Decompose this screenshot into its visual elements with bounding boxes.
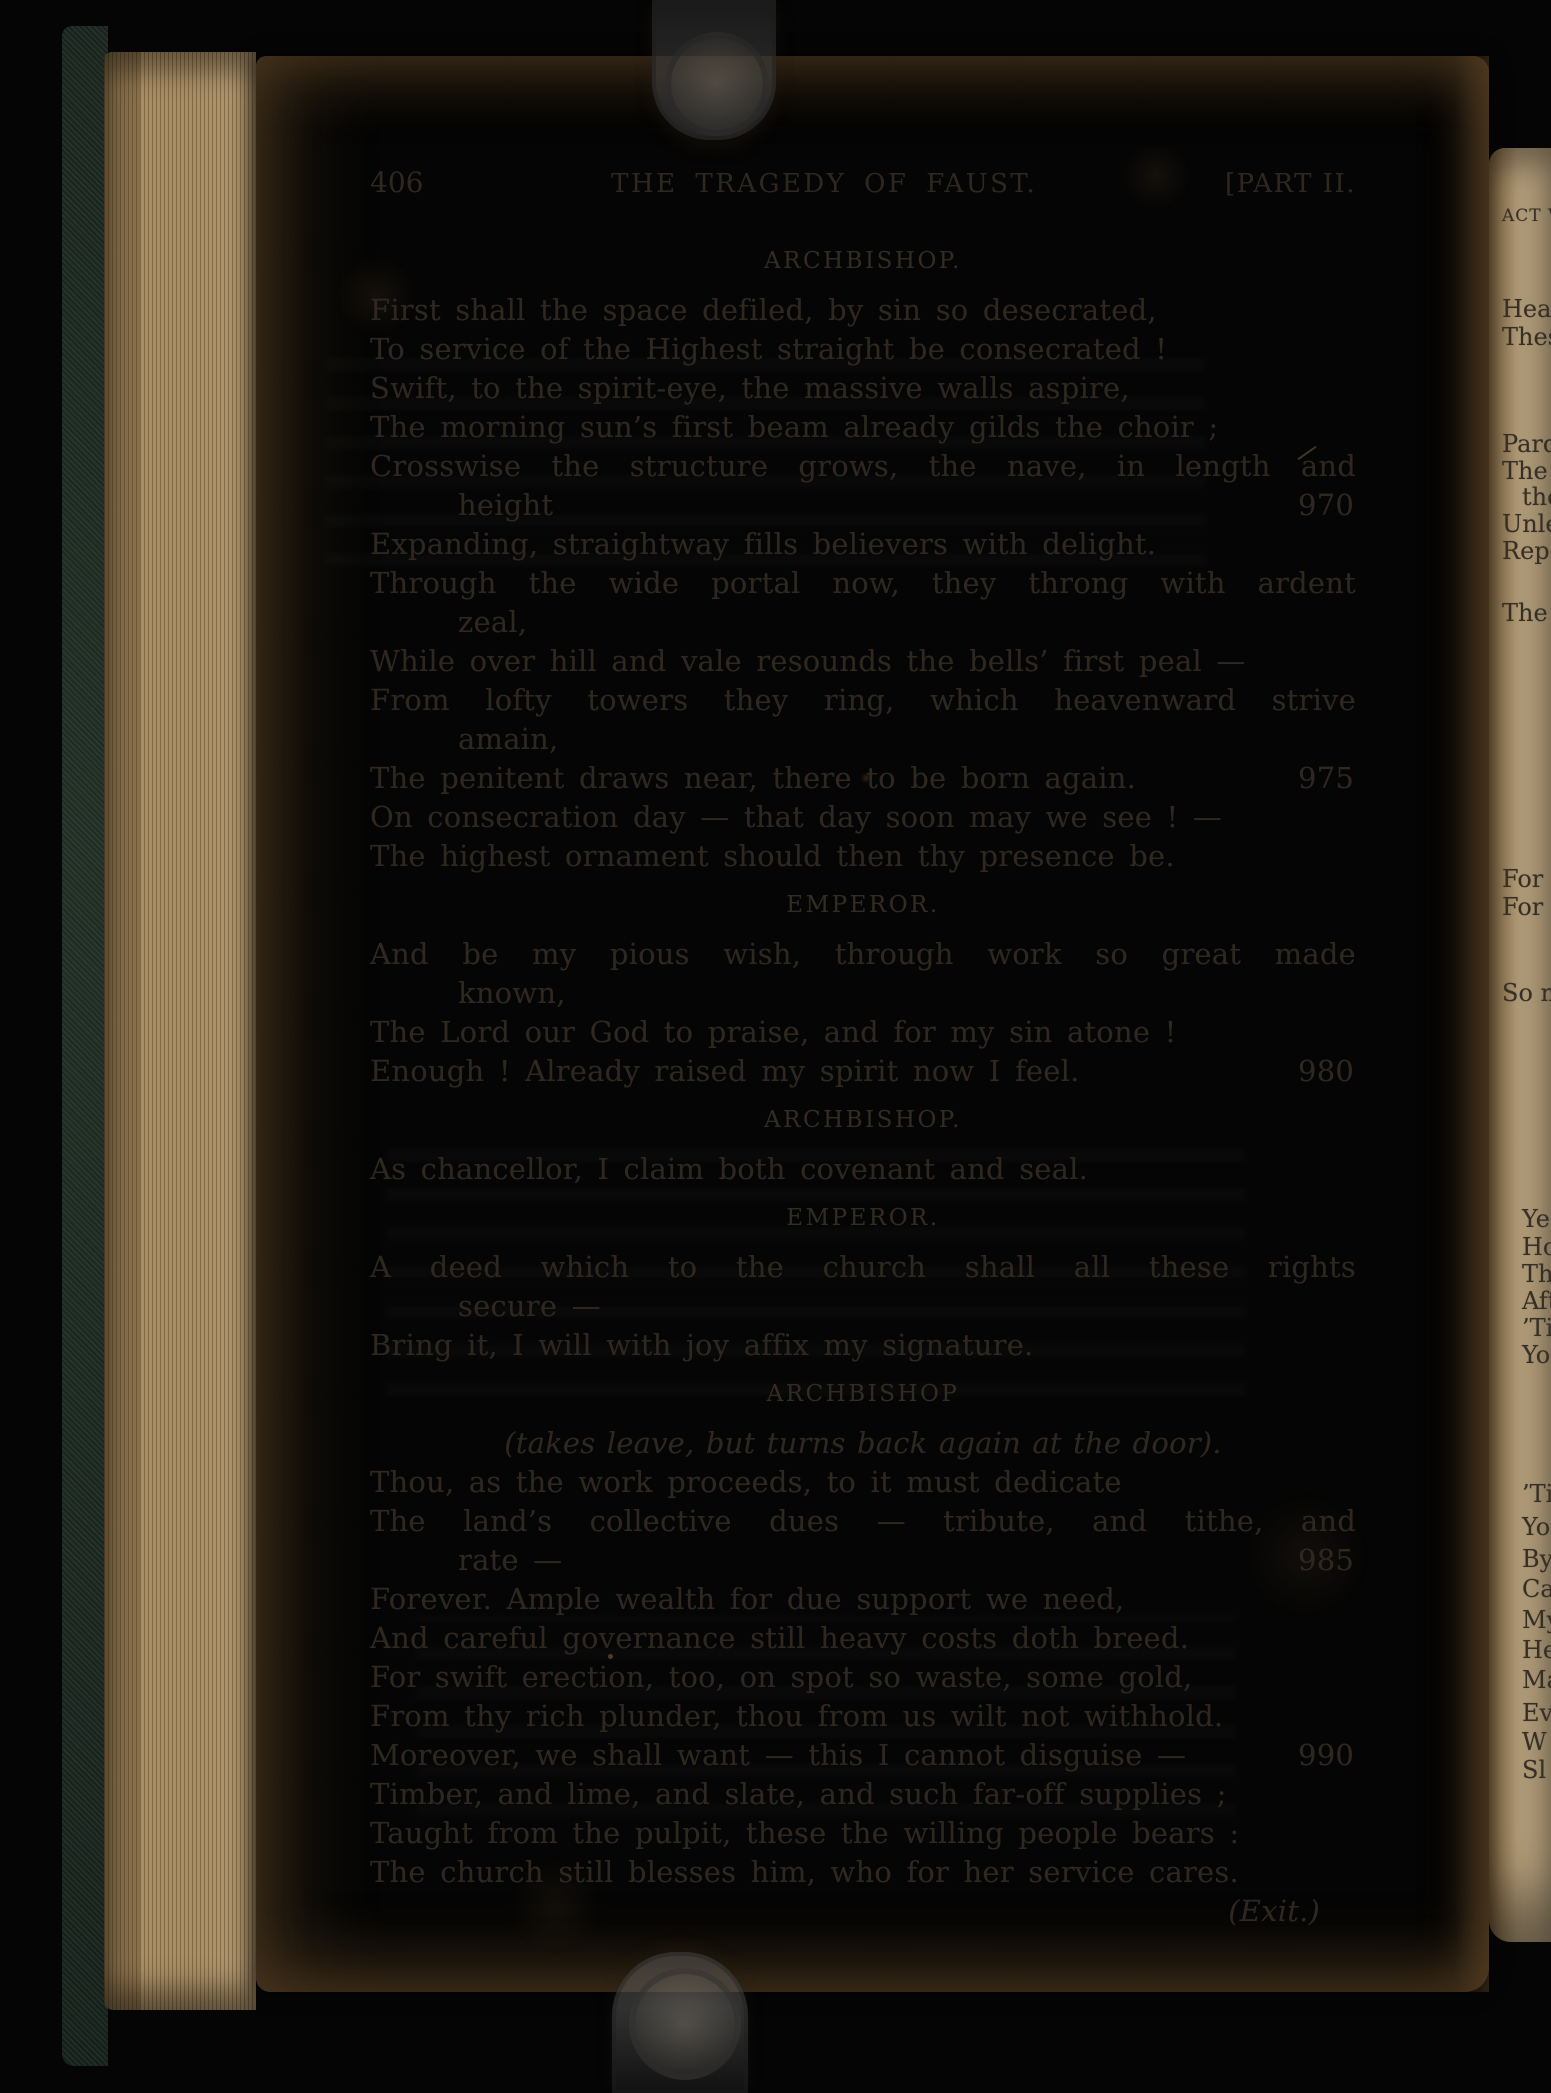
poem-line-text: For swift erection, too, on spot so wast…: [370, 1660, 1192, 1694]
book-scan-photo: { "palette": { "background": "#050505", …: [0, 0, 1551, 2093]
next-page-text-fragment: These c: [1502, 324, 1551, 350]
poem-line-text: Crosswise the structure grows, the nave,…: [370, 449, 1356, 483]
fragment-text: Yes: [1522, 1205, 1551, 1233]
fragment-text: Aft: [1522, 1287, 1551, 1315]
poem-line-text: Bring it, I will with joy affix my signa…: [370, 1328, 1033, 1362]
poem-line: For swift erection, too, on spot so wast…: [370, 1658, 1356, 1697]
poem-line-text: Swift, to the spirit-eye, the massive wa…: [370, 371, 1130, 405]
poem-line-text: ARCHBISHOP: [767, 1381, 960, 1407]
verse-line-number: 970: [1298, 486, 1354, 525]
next-page-text-fragment: Sl: [1502, 1757, 1546, 1783]
fragment-text: You: [1522, 1513, 1551, 1541]
next-page-text-fragment: Aft: [1502, 1288, 1551, 1314]
fragment-text: Pardon: [1502, 430, 1551, 458]
poem-line-text: From lofty towers they ring, which heave…: [370, 683, 1356, 717]
next-page-text-fragment: You: [1502, 1514, 1551, 1540]
poem-line: On consecration day — that day soon may …: [370, 798, 1356, 837]
poem-line: The land’s collective dues — tribute, an…: [370, 1502, 1356, 1541]
poem-line: Through the wide portal now, they throng…: [370, 564, 1356, 603]
poem-line-text: As chancellor, I claim both covenant and…: [370, 1152, 1088, 1186]
fragment-text: So may: [1502, 979, 1551, 1007]
poem-line: secure —: [370, 1287, 1356, 1326]
verse-line-number: 980: [1298, 1052, 1354, 1091]
poem-line-text: ARCHBISHOP.: [764, 1107, 962, 1133]
printer-dot: [608, 1654, 613, 1659]
fragment-text: Heavy: [1502, 295, 1551, 323]
fragment-text: ’Tis: [1522, 1480, 1551, 1508]
poem-line: rate — 985: [370, 1541, 1356, 1580]
poem-line-text: To service of the Highest straight be co…: [370, 332, 1167, 366]
verse-line-number: 990: [1298, 1736, 1354, 1775]
poem-line-text: rate —: [458, 1543, 562, 1577]
fragment-text: My: [1522, 1606, 1551, 1634]
poem-line-text: (Exit.): [1228, 1894, 1320, 1928]
poem-line: Forever. Ample wealth for due support we…: [370, 1580, 1356, 1619]
poem-line: amain,: [370, 720, 1356, 759]
poem-line: (Exit.): [370, 1892, 1356, 1931]
poem-line: The penitent draws near, there to be bor…: [370, 759, 1356, 798]
fragment-text: He: [1522, 1636, 1551, 1664]
poem-line-text: The church still blesses him, who for he…: [370, 1855, 1239, 1889]
poem-line: EMPEROR.: [370, 1203, 1356, 1242]
next-page-text-fragment: ’Ti: [1502, 1315, 1551, 1341]
poem-line-text: Forever. Ample wealth for due support we…: [370, 1582, 1124, 1616]
poem-line-text: The morning sun’s first beam already gil…: [370, 410, 1218, 444]
next-page-text-fragment: The: [1502, 1261, 1551, 1287]
poem-line-text: (takes leave, but turns back again at th…: [504, 1426, 1221, 1460]
fragment-text: By: [1522, 1545, 1551, 1573]
poem-line: The highest ornament should then thy pre…: [370, 837, 1356, 876]
poem-line: First shall the space defiled, by sin so…: [370, 291, 1356, 330]
next-page-text-fragment: The lan: [1502, 600, 1551, 626]
part-label: [PART II.: [1225, 169, 1356, 199]
next-page-text-fragment: Ev: [1502, 1700, 1551, 1726]
poem-line: The morning sun’s first beam already gil…: [370, 408, 1356, 447]
poem-line: (takes leave, but turns back again at th…: [370, 1424, 1356, 1463]
fragment-text: the: [1522, 483, 1551, 511]
poem-line: ARCHBISHOP: [370, 1379, 1356, 1418]
next-page-text-fragment: Yo: [1502, 1342, 1550, 1368]
next-page-text-fragment: Pardon: [1502, 431, 1551, 457]
fragment-text: Ma: [1522, 1666, 1551, 1694]
poem-line-text: Enough ! Already raised my spirit now I …: [370, 1054, 1080, 1088]
verse-line-number: 985: [1298, 1541, 1354, 1580]
poem-line: From thy rich plunder, thou from us wilt…: [370, 1697, 1356, 1736]
fragment-text: Ev: [1522, 1699, 1551, 1727]
running-title: THE TRAGEDY OF FAUST.: [611, 169, 1037, 199]
fragment-text: The lan: [1502, 599, 1551, 627]
poem-line: zeal,: [370, 603, 1356, 642]
next-page-text-fragment: Heavy: [1502, 296, 1551, 322]
fragment-text: Yo: [1522, 1341, 1550, 1369]
fragment-text: The rea: [1502, 457, 1551, 485]
page-block-fore-edge: [104, 52, 256, 2010]
play-text-column: ARCHBISHOP. First shall the space defile…: [370, 232, 1356, 1931]
poem-line: known,: [370, 974, 1356, 1013]
next-page-text-fragment: the: [1502, 484, 1551, 510]
poem-line-text: The highest ornament should then thy pre…: [370, 839, 1175, 873]
next-page-text-fragment: Repenta: [1502, 538, 1551, 564]
poem-line-text: The land’s collective dues — tribute, an…: [370, 1504, 1356, 1538]
fragment-text: ’Ti: [1522, 1314, 1551, 1342]
next-page-edge: ACT V.] Heavy These c Pardon The rea the…: [1489, 148, 1551, 1942]
poem-line: height 970: [370, 486, 1356, 525]
poem-line-text: Expanding, straightway fills believers w…: [370, 527, 1156, 561]
poem-line: A deed which to the church shall all the…: [370, 1248, 1356, 1287]
poem-line-text: EMPEROR.: [786, 1205, 939, 1231]
next-page-text-fragment: He: [1502, 1637, 1551, 1663]
fragment-text: Cas: [1522, 1575, 1551, 1603]
poem-line: Swift, to the spirit-eye, the massive wa…: [370, 369, 1356, 408]
poem-line-text: ARCHBISHOP.: [764, 248, 962, 274]
poem-line-text: EMPEROR.: [786, 892, 939, 918]
poem-line: The Lord our God to praise, and for my s…: [370, 1013, 1356, 1052]
poem-line: And be my pious wish, through work so gr…: [370, 935, 1356, 974]
poem-line: ARCHBISHOP.: [370, 1105, 1356, 1144]
poem-line: Bring it, I will with joy affix my signa…: [370, 1326, 1356, 1365]
poem-line: Enough ! Already raised my spirit now I …: [370, 1052, 1356, 1091]
poem-line: Taught from the pulpit, these the willin…: [370, 1814, 1356, 1853]
poem-line-text: A deed which to the church shall all the…: [370, 1250, 1356, 1284]
next-page-text-fragment: Cas: [1502, 1576, 1551, 1602]
strap-ring: [629, 1968, 741, 2080]
fragment-text: For us s: [1502, 893, 1551, 921]
next-page-text-fragment: Hoa: [1502, 1234, 1551, 1260]
page-fold-shadow: [1455, 56, 1489, 1992]
book-page: 406 THE TRAGEDY OF FAUST. [PART II. ARCH…: [256, 56, 1489, 1992]
fragment-text: Repenta: [1502, 537, 1551, 565]
poem-line-text: amain,: [458, 722, 558, 756]
poem-line-text: Timber, and lime, and slate, and such fa…: [370, 1777, 1227, 1811]
scanner-strap-top: [652, 0, 776, 140]
poem-line: ARCHBISHOP.: [370, 246, 1356, 285]
fragment-text: Hoa: [1522, 1233, 1551, 1261]
fragment-text: The: [1522, 1260, 1551, 1288]
poem-line-text: And careful governance still heavy costs…: [370, 1621, 1189, 1655]
fragment-text: These c: [1502, 323, 1551, 351]
poem-line: Expanding, straightway fills believers w…: [370, 525, 1356, 564]
poem-line-text: On consecration day — that day soon may …: [370, 800, 1222, 834]
poem-line-text: The Lord our God to praise, and for my s…: [370, 1015, 1176, 1049]
poem-line-text: Moreover, we shall want — this I cannot …: [370, 1738, 1186, 1772]
poem-line: And careful governance still heavy costs…: [370, 1619, 1356, 1658]
poem-line: Crosswise the structure grows, the nave,…: [370, 447, 1356, 486]
fragment-text: Sl: [1522, 1756, 1546, 1784]
next-page-text-fragment: My: [1502, 1607, 1551, 1633]
verse-line-number: 975: [1298, 759, 1354, 798]
next-page-text-fragment: The rea: [1502, 458, 1551, 484]
poem-line-text: While over hill and vale resounds the be…: [370, 644, 1246, 678]
next-page-text-fragment: Yes: [1502, 1206, 1551, 1232]
poem-line-text: Thou, as the work proceeds, to it must d…: [370, 1465, 1122, 1499]
next-page-text-fragment: ’Tis: [1502, 1481, 1551, 1507]
scanner-strap-bottom: [612, 1952, 748, 2093]
fragment-text: For him: [1502, 865, 1551, 893]
poem-line-text: height: [458, 488, 553, 522]
fragment-text: ACT V.]: [1502, 206, 1551, 226]
poem-line-text: And be my pious wish, through work so gr…: [370, 937, 1356, 971]
poem-line: Moreover, we shall want — this I cannot …: [370, 1736, 1356, 1775]
poem-line: Timber, and lime, and slate, and such fa…: [370, 1775, 1356, 1814]
poem-line: While over hill and vale resounds the be…: [370, 642, 1356, 681]
next-page-text-fragment: For him: [1502, 866, 1551, 892]
poem-line: The church still blesses him, who for he…: [370, 1853, 1356, 1892]
next-page-text-fragment: Unless: [1502, 511, 1551, 537]
next-page-text-fragment: ACT V.]: [1502, 203, 1551, 229]
poem-line-text: Through the wide portal now, they throng…: [370, 566, 1356, 600]
next-page-text-fragment: For us s: [1502, 894, 1551, 920]
poem-line-text: zeal,: [458, 605, 527, 639]
poem-line: EMPEROR.: [370, 890, 1356, 929]
next-page-text-fragment: So may: [1502, 980, 1551, 1006]
poem-line: From lofty towers they ring, which heave…: [370, 681, 1356, 720]
poem-line-text: First shall the space defiled, by sin so…: [370, 293, 1157, 327]
book-cover-edge: [62, 26, 108, 2066]
poem-line-text: known,: [458, 976, 566, 1010]
poem-line: To service of the Highest straight be co…: [370, 330, 1356, 369]
page-header: 406 THE TRAGEDY OF FAUST. [PART II.: [370, 166, 1356, 199]
page-number: 406: [370, 166, 423, 199]
poem-line-text: From thy rich plunder, thou from us wilt…: [370, 1699, 1223, 1733]
poem-line: As chancellor, I claim both covenant and…: [370, 1150, 1356, 1189]
fragment-text: W: [1522, 1728, 1547, 1756]
next-page-text-fragment: Ma: [1502, 1667, 1551, 1693]
poem-line-text: The penitent draws near, there to be bor…: [370, 761, 1136, 795]
next-page-text-fragment: W: [1502, 1729, 1547, 1755]
poem-line-text: Taught from the pulpit, these the willin…: [370, 1816, 1239, 1850]
poem-line: Thou, as the work proceeds, to it must d…: [370, 1463, 1356, 1502]
fragment-text: Unless: [1502, 510, 1551, 538]
strap-ring: [665, 32, 769, 136]
next-page-text-fragment: By: [1502, 1546, 1551, 1572]
poem-line-text: secure —: [458, 1289, 601, 1323]
